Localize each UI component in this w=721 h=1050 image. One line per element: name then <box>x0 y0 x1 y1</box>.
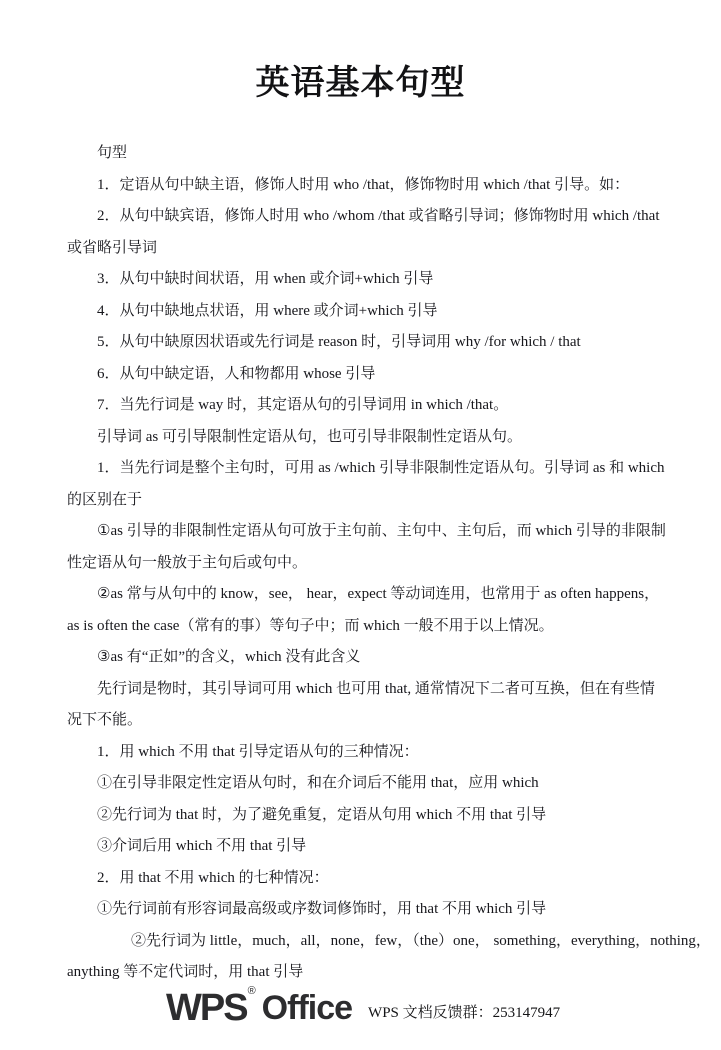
text-line: 2．用 that 不用 which 的七种情况： <box>67 863 693 895</box>
wps-office-logo: WPS ® Office <box>166 989 352 1027</box>
text-line: ①先行词前有形容词最高级或序数词修饰时，用 that 不用 which 引导 <box>67 894 693 926</box>
text-line: 引导词 as 可引导限制性定语从句，也可引导非限制性定语从句。 <box>67 422 693 454</box>
text-line: 7．当先行词是 way 时，其定语从句的引导词用 in which /that。 <box>67 390 693 422</box>
text-line: ②先行词为 little，much，all，none，few，（the）one，… <box>67 926 693 958</box>
document-body: 句型1．定语从句中缺主语，修饰人时用 who /that，修饰物时用 which… <box>67 138 693 989</box>
text-line: 3．从句中缺时间状语，用 when 或介词+which 引导 <box>67 264 693 296</box>
text-line: 1．当先行词是整个主句时，可用 as /which 引导非限制性定语从句。引导词… <box>67 453 693 485</box>
office-logo-text: Office <box>262 991 352 1025</box>
text-line: 句型 <box>67 138 693 170</box>
document-page: 英语基本句型 句型1．定语从句中缺主语，修饰人时用 who /that，修饰物时… <box>0 0 721 1050</box>
text-line: ②先行词为 that 时，为了避免重复，定语从句用 which 不用 that … <box>67 800 693 832</box>
text-line: ②as 常与从句中的 know，see， hear，expect 等动词连用，也… <box>67 579 693 611</box>
text-line: ③as 有“正如”的含义，which 没有此含义 <box>67 642 693 674</box>
text-line: 1．定语从句中缺主语，修饰人时用 who /that，修饰物时用 which /… <box>67 170 693 202</box>
wps-logo-text: WPS <box>166 989 247 1027</box>
text-line: 2．从句中缺宾语，修饰人时用 who /whom /that 或省略引导词；修饰… <box>67 201 693 233</box>
text-line: 的区别在于 <box>67 485 693 517</box>
text-line: ③介词后用 which 不用 that 引导 <box>67 831 693 863</box>
text-line: 或省略引导词 <box>67 233 693 265</box>
text-line: 6．从句中缺定语，人和物都用 whose 引导 <box>67 359 693 391</box>
text-line: 5．从句中缺原因状语或先行词是 reason 时，引导词用 why /for w… <box>67 327 693 359</box>
text-line: ①在引导非限定性定语从句时，和在介词后不能用 that，应用 which <box>67 768 693 800</box>
text-line: 4．从句中缺地点状语，用 where 或介词+which 引导 <box>67 296 693 328</box>
registered-trademark-icon: ® <box>248 986 256 997</box>
text-line: 先行词是物时，其引导词可用 which 也可用 that, 通常情况下二者可互换… <box>67 674 693 706</box>
text-line: 1．用 which 不用 that 引导定语从句的三种情况： <box>67 737 693 769</box>
footer-feedback-text: WPS 文档反馈群：253147947 <box>368 1001 560 1022</box>
page-title: 英语基本句型 <box>0 55 721 104</box>
text-line: as is often the case（常有的事）等句子中；而 which 一… <box>67 611 693 643</box>
page-footer: WPS ® Office WPS 文档反馈群：253147947 <box>166 983 560 1033</box>
text-line: ①as 引导的非限制性定语从句可放于主句前、主句中、主句后，而 which 引导… <box>67 516 693 548</box>
text-line: 性定语从句一般放于主句后或句中。 <box>67 548 693 580</box>
text-line: 况下不能。 <box>67 705 693 737</box>
